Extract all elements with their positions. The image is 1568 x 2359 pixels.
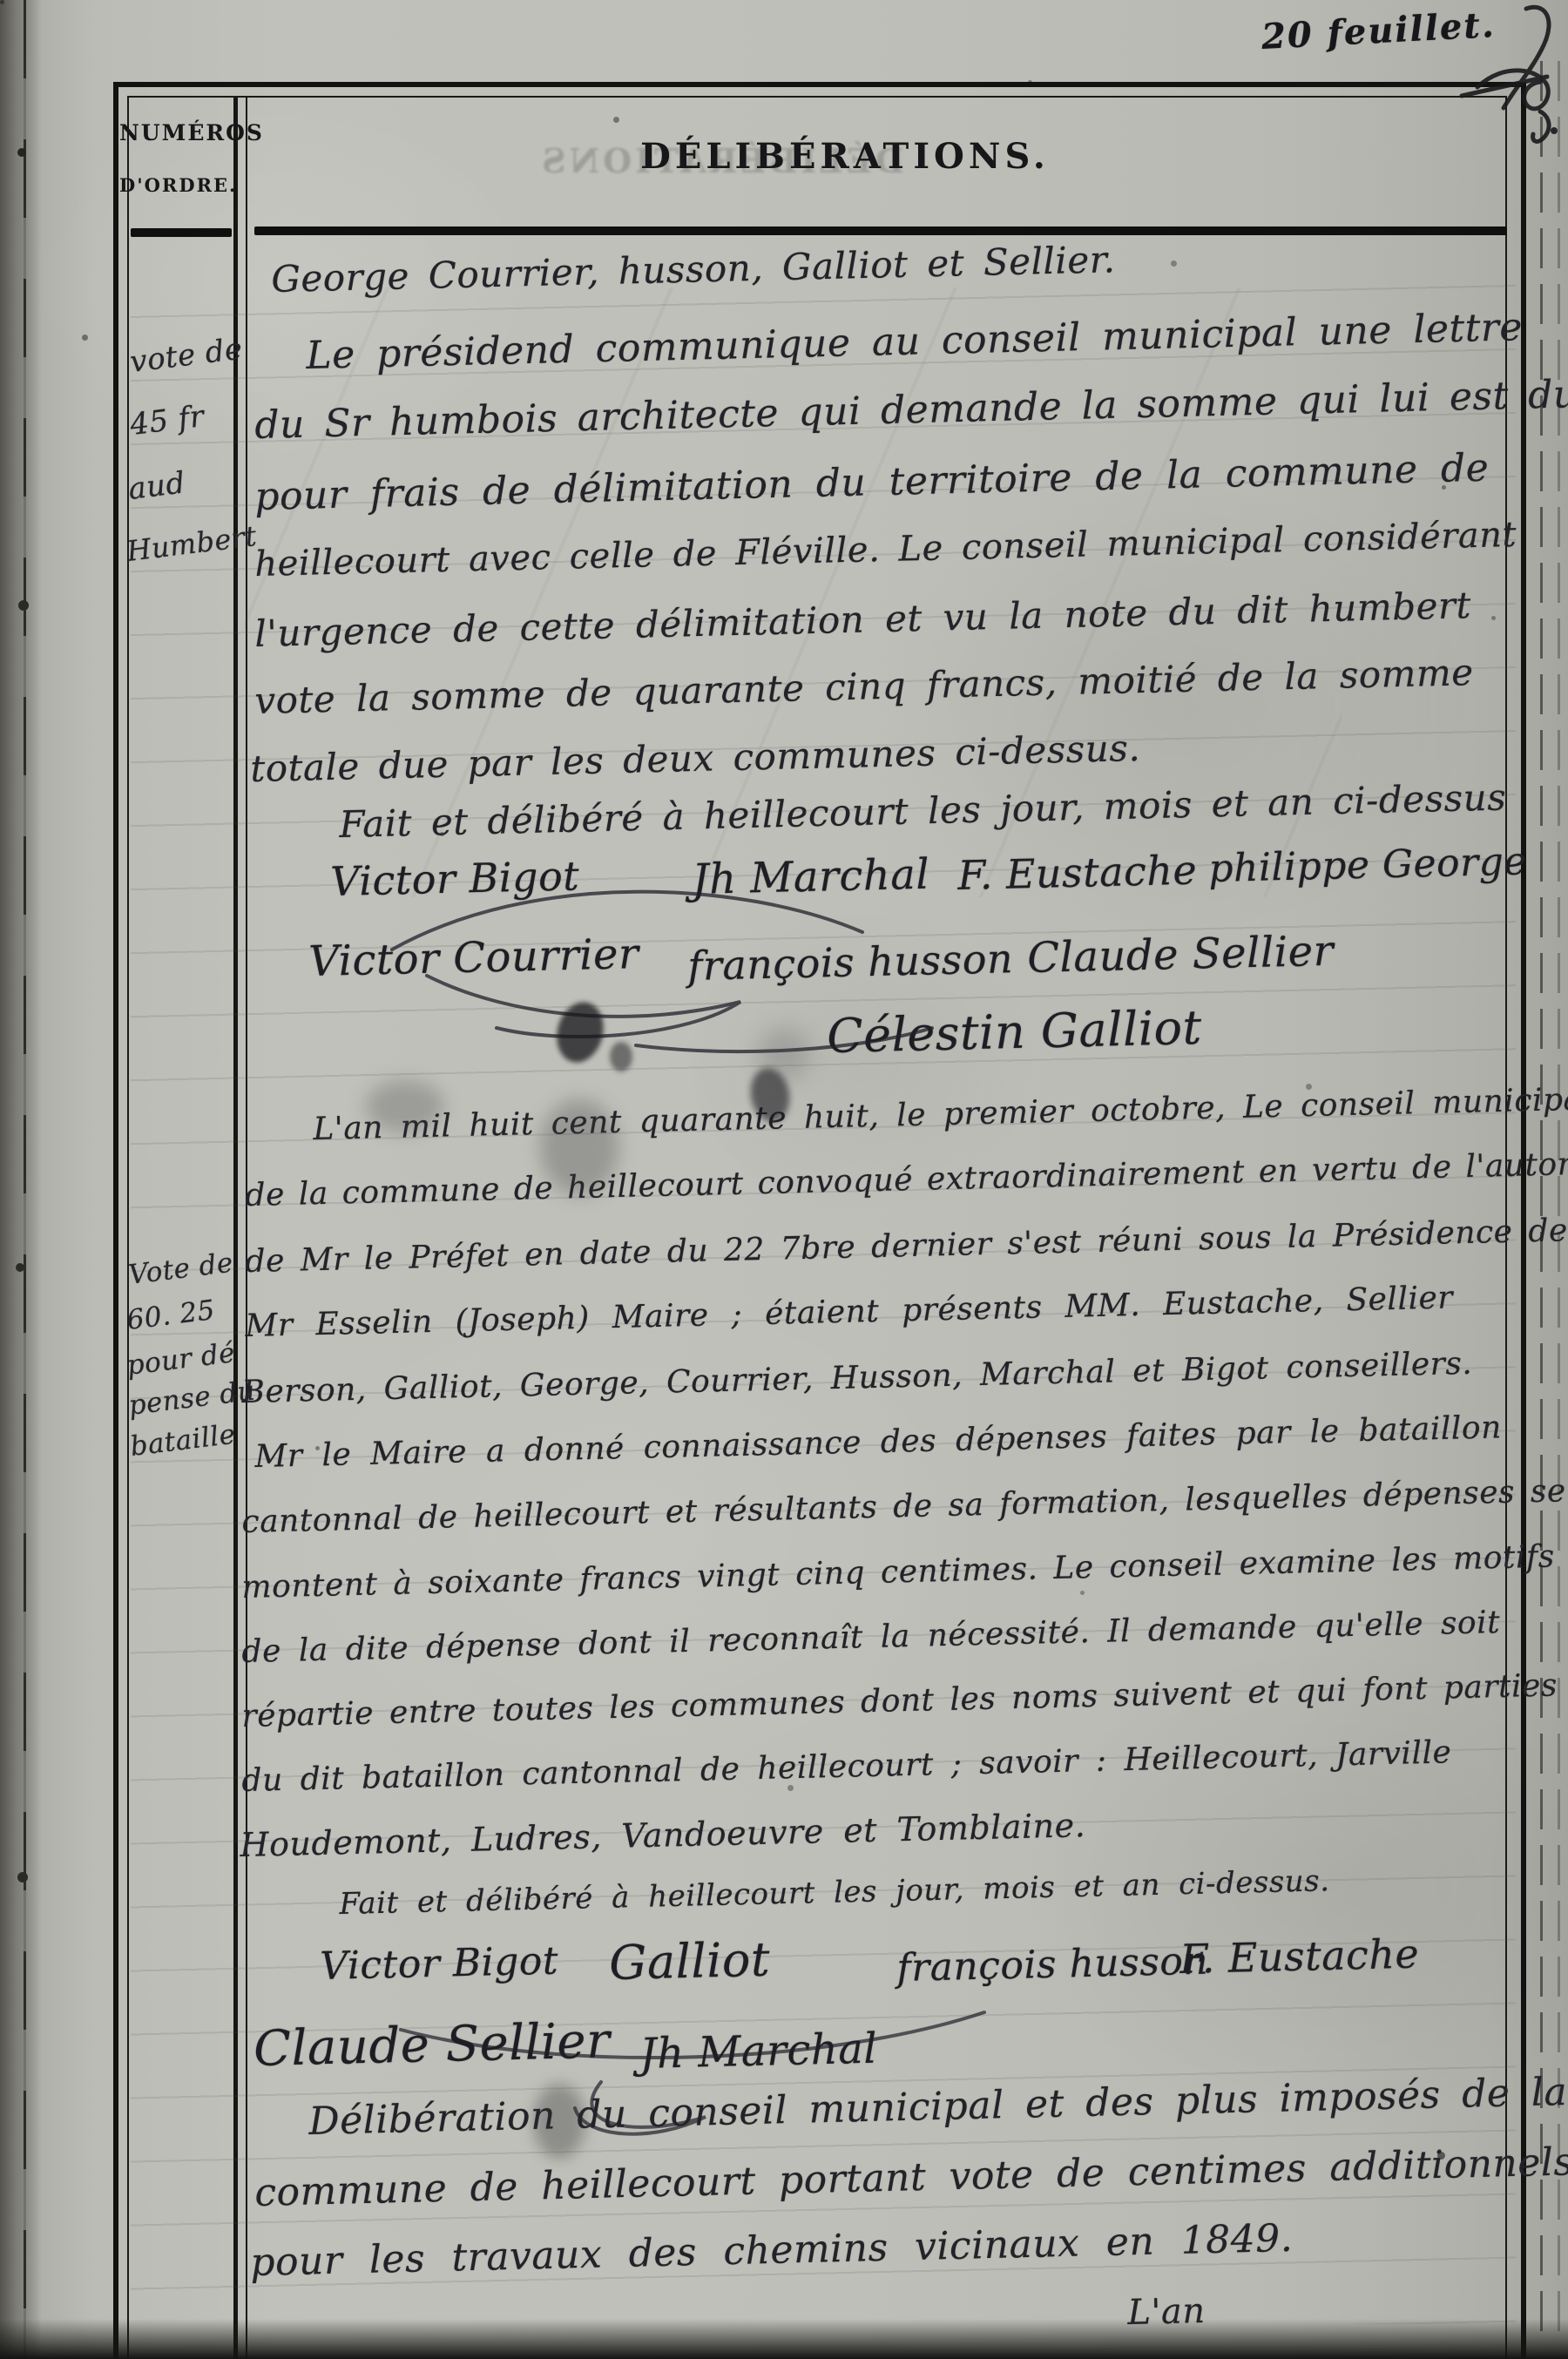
binding-thread [24, 0, 26, 2359]
signature: philippe George [1208, 839, 1528, 891]
signature: F. Eustache [1179, 1930, 1420, 1983]
ink-blot [610, 1042, 632, 1071]
signature: F. Eustache [957, 847, 1198, 899]
ink-smudge [758, 1028, 810, 1080]
page-title: DÉLIBÉRATIONS. [366, 136, 1324, 177]
signature: Claude Sellier [1027, 927, 1335, 983]
ink-smudge [533, 2084, 585, 2159]
ink-smudge [540, 1099, 618, 1195]
ink-smudge [366, 1080, 444, 1132]
signature-flourish [375, 897, 984, 1054]
register-page-scan: NUMÉROS D'ORDRE. DÉLIBÉRATIONS DÉLIBÉRAT… [0, 0, 1568, 2359]
binding-thread-knots [17, 148, 26, 157]
binding-edge [0, 0, 42, 2359]
order-column-header-line2: D'ORDRE. [119, 174, 233, 196]
header-rule-left [131, 228, 232, 237]
order-column-divider [233, 98, 247, 2359]
order-column-header-line1: NUMÉROS [119, 120, 233, 145]
paraph-flourish-icon [1453, 0, 1566, 148]
paper-speckles [0, 0, 4, 4]
header-rule-right [254, 226, 1507, 235]
scan-bottom-shadow [0, 2319, 1568, 2359]
margin-note-line: aud [126, 465, 187, 507]
